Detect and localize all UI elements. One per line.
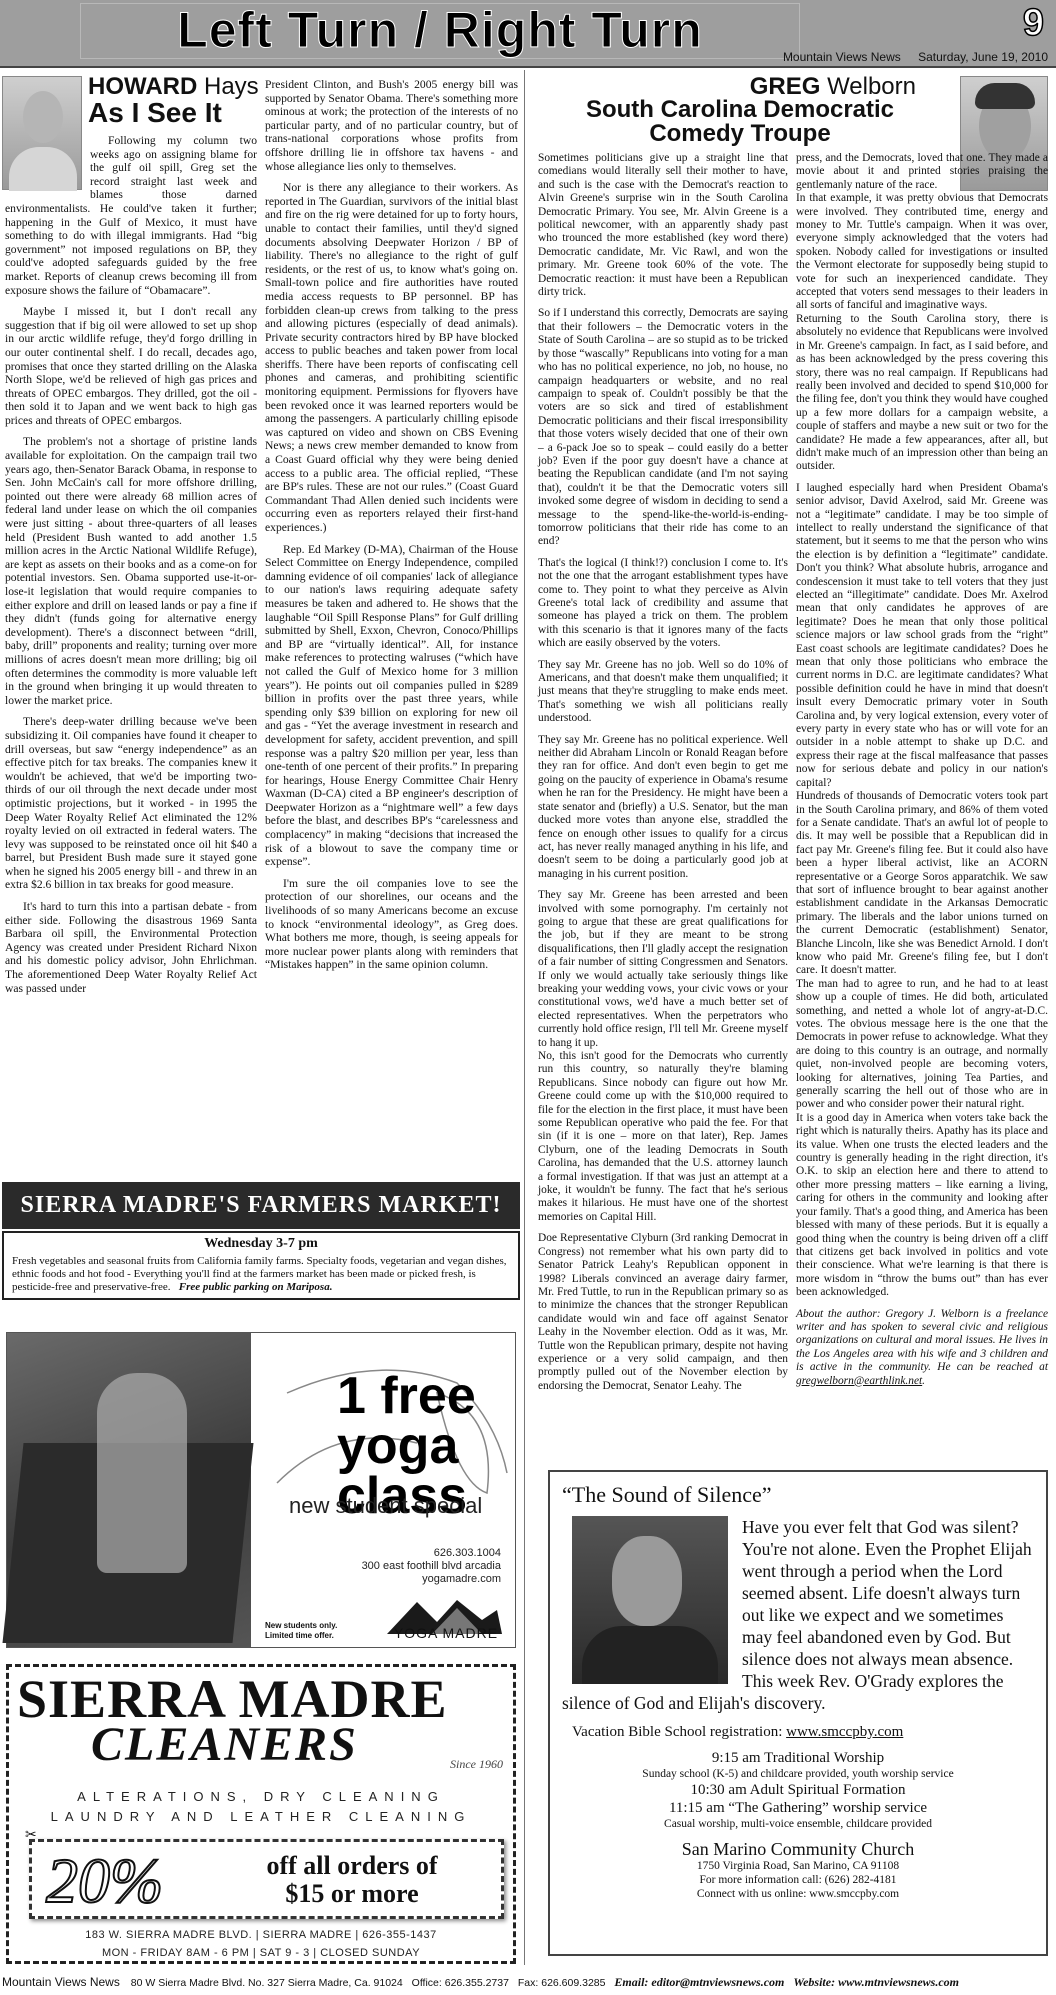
service-time: 9:15 am Traditional Worship (562, 1749, 1034, 1767)
paragraph: Sometimes politicians give up a straight… (538, 152, 788, 299)
yoga-photo (7, 1333, 251, 1647)
column-title-hays: As I See It (88, 98, 222, 128)
church-address: 1750 Virginia Road, San Marino, CA 91108 (562, 1859, 1034, 1873)
paragraph: That's the logical (I think!?) conclusio… (538, 557, 788, 651)
sierra-madre-cleaners-ad: SIERRA MADRE CLEANERS Since 1960 ALTERAT… (6, 1664, 516, 1964)
page-number: 9 (1023, 2, 1044, 45)
author-email-link[interactable]: gregwelborn@earthlink.net (796, 1375, 922, 1387)
paragraph: Nor is there any allegiance to their wor… (265, 181, 518, 534)
church-ad: “The Sound of Silence” Have you ever fel… (548, 1470, 1048, 1956)
suit-shape (582, 1626, 718, 1684)
footer-email[interactable]: Email: editor@mtnviewsnews.com (614, 1975, 784, 1989)
farmers-market-banner: SIERRA MADRE'S FARMERS MARKET! (2, 1182, 520, 1229)
paragraph: So if I understand this correctly, Democ… (538, 307, 788, 548)
paragraph: They say Mr. Greene has no job. Well so … (538, 659, 788, 726)
author-bio: About the author: Gregory J. Welborn is … (796, 1308, 1048, 1374)
page-footer: Mountain Views News 80 W Sierra Madre Bl… (0, 1975, 1056, 1990)
footer-website[interactable]: Website: www.mtnviewsnews.com (793, 1975, 959, 1989)
fine-print-line: Limited time offer. (265, 1631, 337, 1641)
paragraph: They say Mr. Greene has no political exp… (538, 734, 788, 881)
farmers-market-ad: SIERRA MADRE'S FARMERS MARKET! Wednesday… (2, 1182, 520, 1300)
author-note: About the author: Gregory J. Welborn is … (796, 1308, 1048, 1388)
article-column-welborn-1: Sometimes politicians give up a straight… (538, 152, 788, 1401)
masthead: Left Turn / Right Turn 9 Mountain Views … (0, 0, 1056, 68)
yoga-phone: 626.303.1004 (362, 1547, 501, 1560)
discount-percent: 20% (46, 1846, 163, 1916)
discount-coupon[interactable]: 20% off all orders of $15 or more (29, 1839, 504, 1919)
paragraph: There's deep-water drilling because we'v… (5, 715, 257, 892)
article-column-hays-1: Following my column two weeks ago on ass… (5, 134, 257, 1003)
column-divider (524, 70, 525, 1965)
paragraph: President Clinton, and Bush's 2005 energ… (265, 78, 518, 173)
yoga-website[interactable]: yogamadre.com (362, 1573, 501, 1586)
cleaners-name-2: CLEANERS (91, 1723, 358, 1767)
vbs-label: Vacation Bible School registration: (572, 1724, 786, 1740)
masthead-meta: Mountain Views News Saturday, June 19, 2… (769, 50, 1048, 64)
fine-print-line: New students only. (265, 1621, 337, 1631)
column-title-welborn: South Carolina Democratic Comedy Troupe (540, 98, 940, 146)
hair-shape (975, 83, 1035, 109)
yoga-madre-ad: 1 free yoga class new student special 62… (6, 1332, 516, 1648)
church-phone: For more information call: (626) 282-418… (562, 1873, 1034, 1887)
paragraph: It's hard to turn this into a partisan d… (5, 900, 257, 995)
author-last-name: Hays (204, 73, 259, 100)
yoga-subhead: new student special (289, 1493, 482, 1519)
vbs-registration: Vacation Bible School registration: www.… (572, 1724, 1034, 1741)
footer-fax: Fax: 626.609.3285 (518, 1977, 606, 1989)
paragraph: I'm sure the oil companies love to see t… (265, 877, 518, 972)
paragraph: Doe Representative Clyburn (3rd ranking … (538, 1232, 788, 1393)
headline-line: yoga (337, 1421, 476, 1471)
publication-name: Mountain Views News (783, 50, 901, 64)
service-time: 10:30 am Adult Spiritual Formation (562, 1781, 1034, 1799)
yoga-logo-text: YOGA MADRE (387, 1625, 505, 1641)
cleaners-hours: MON - FRIDAY 8AM - 6 PM | SAT 9 - 3 | CL… (9, 1947, 513, 1959)
footer-address: 80 W Sierra Madre Blvd. No. 327 Sierra M… (131, 1977, 403, 1989)
service-note: Sunday school (K-5) and childcare provid… (562, 1767, 1034, 1781)
yoga-figure-shape (97, 1373, 187, 1573)
paragraph: I laughed especially hard when President… (796, 482, 1048, 1300)
cleaners-address: 183 W. SIERRA MADRE BLVD. | SIERRA MADRE… (9, 1929, 513, 1941)
yoga-address: 300 east foothill blvd arcadia (362, 1560, 501, 1573)
farmers-market-details: Wednesday 3-7 pm Fresh vegetables and se… (2, 1231, 520, 1300)
church-name: San Marino Community Church (562, 1839, 1034, 1859)
footer-office: Office: 626.355.2737 (412, 1977, 509, 1989)
service-time: 11:15 am “The Gathering” worship service (562, 1799, 1034, 1817)
paragraph: The problem's not a shortage of pristine… (5, 435, 257, 707)
parking-note: Free public parking on Mariposa. (179, 1281, 333, 1293)
offer-line: off all orders of (232, 1852, 472, 1880)
face-shape (612, 1536, 682, 1626)
sermon-title: “The Sound of Silence” (562, 1482, 1034, 1508)
vbs-link[interactable]: www.smccpby.com (786, 1724, 903, 1740)
issue-date: Saturday, June 19, 2010 (918, 50, 1048, 64)
footer-publication: Mountain Views News (2, 1975, 120, 1989)
cleaners-services-2: LAUNDRY AND LEATHER CLEANING (9, 1809, 513, 1824)
church-website[interactable]: Connect with us online: www.smccpby.com (562, 1887, 1034, 1901)
offer-line: $15 or more (232, 1880, 472, 1908)
yoga-fine-print: New students only. Limited time offer. (265, 1621, 337, 1641)
cleaners-services-1: ALTERATIONS, DRY CLEANING (9, 1789, 513, 1804)
service-note: Casual worship, multi-voice ensemble, ch… (562, 1817, 1034, 1831)
article-column-welborn-2: press, and the Democrats, loved that one… (796, 152, 1048, 1396)
author-first-name: HOWARD (88, 73, 197, 100)
service-schedule: 9:15 am Traditional Worship Sunday schoo… (562, 1749, 1034, 1901)
headline-line: 1 free (337, 1371, 476, 1421)
yoga-contact: 626.303.1004 300 east foothill blvd arca… (362, 1547, 501, 1586)
section-title: Left Turn / Right Turn (80, 0, 800, 60)
cleaners-since: Since 1960 (450, 1757, 503, 1772)
paragraph: Rep. Ed Markey (D-MA), Chairman of the H… (265, 543, 518, 869)
discount-offer: off all orders of $15 or more (232, 1852, 472, 1908)
paragraph: They say Mr. Greene has been arrested an… (538, 889, 788, 1224)
pastor-photo (572, 1516, 728, 1684)
cleaners-name: SIERRA MADRE (17, 1675, 448, 1723)
market-description: Fresh vegetables and seasonal fruits fro… (12, 1255, 510, 1294)
paragraph: press, and the Democrats, loved that one… (796, 152, 1048, 474)
article-column-hays-2: President Clinton, and Bush's 2005 energ… (265, 78, 518, 980)
paragraph: Maybe I missed it, but I don't recall an… (5, 305, 257, 427)
market-hours: Wednesday 3-7 pm (12, 1236, 510, 1252)
